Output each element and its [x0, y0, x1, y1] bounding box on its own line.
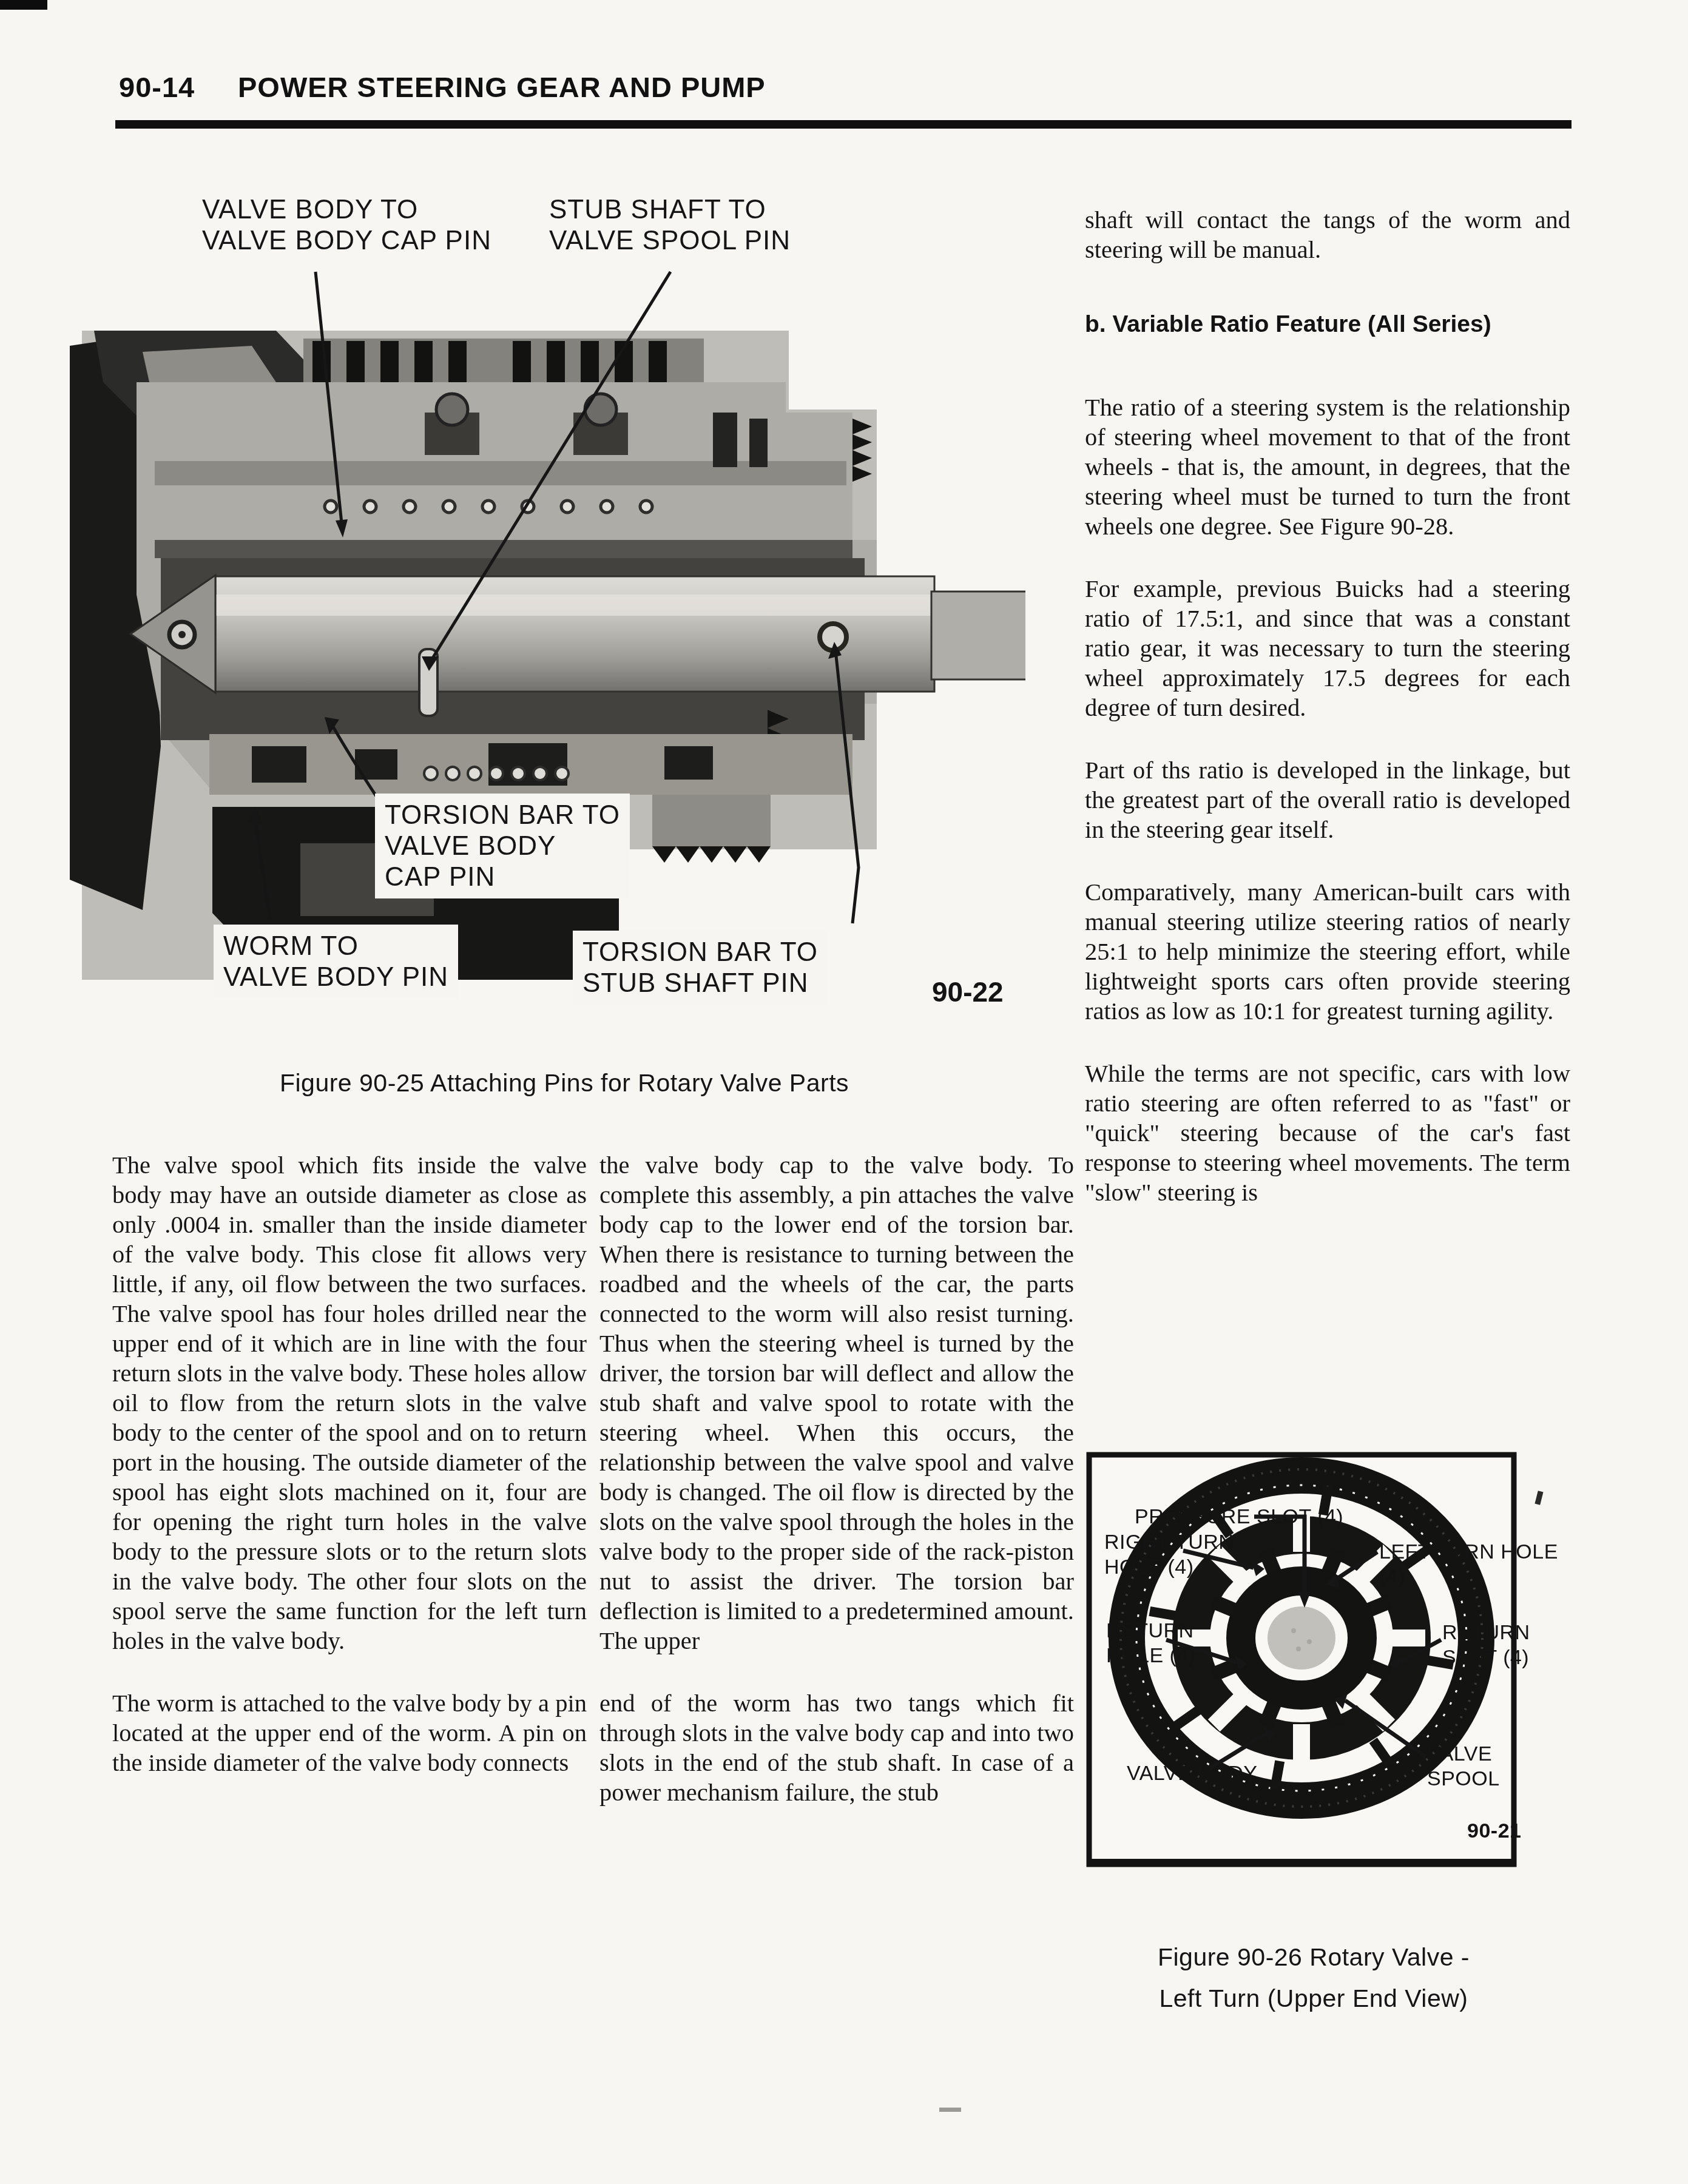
figure-90-26-rotary-valve: PRESSURE SLOT (4) RIGHT TURN HOLE (4) LE…: [1074, 1449, 1559, 1873]
caption-line-1: Figure 90-26 Rotary Valve -: [1074, 1936, 1553, 1978]
paragraph: The ratio of a steering system is the re…: [1085, 393, 1570, 541]
paragraph: the valve body cap to the valve body. To…: [599, 1150, 1074, 1656]
callout-valve-body-to-valve-body-cap-pin: VALVE BODY TO VALVE BODY CAP PIN: [202, 194, 491, 256]
section-heading-variable-ratio-feature: b. Variable Ratio Feature (All Series): [1085, 309, 1570, 339]
scan-artifact: [0, 0, 47, 10]
label-left-turn-hole: LEFT TURN HOLE (4): [1379, 1540, 1559, 1589]
label-return-slot: RETURN SLOT (4): [1442, 1620, 1530, 1670]
manual-page: 90-14 POWER STEERING GEAR AND PUMP: [0, 0, 1688, 2184]
steering-gear-cross-section-photo: [70, 200, 1025, 1025]
header-rule: [115, 120, 1572, 129]
paragraph: Comparatively, many American-built cars …: [1085, 877, 1570, 1026]
text-column-middle: the valve body cap to the valve body. To…: [599, 1150, 1074, 1840]
paragraph: The valve spool which fits inside the va…: [112, 1150, 587, 1656]
scan-artifact: [939, 2108, 961, 2112]
callout-torsion-bar-to-stub-shaft-pin: TORSION BAR TO STUB SHAFT PIN: [573, 931, 828, 1005]
label-right-turn-hole: RIGHT TURN HOLE (4): [1104, 1530, 1234, 1580]
paragraph: shaft will contact the tangs of the worm…: [1085, 205, 1570, 265]
figure-90-25-caption: Figure 90-25 Attaching Pins for Rotary V…: [91, 1069, 1038, 1097]
page-title: POWER STEERING GEAR AND PUMP: [238, 70, 766, 104]
paragraph: For example, previous Buicks had a steer…: [1085, 574, 1570, 723]
callout-torsion-bar-to-valve-body-cap-pin: TORSION BAR TO VALVE BODY CAP PIN: [375, 794, 630, 898]
label-return-hole: RETURN HOLE (4): [1106, 1619, 1196, 1668]
label-valve-spool: VALVE SPOOL: [1427, 1742, 1500, 1791]
label-valve-body: VALVE BODY: [1127, 1761, 1257, 1786]
paragraph: The worm is attached to the valve body b…: [112, 1688, 587, 1778]
text-column-left: The valve spool which fits inside the va…: [112, 1150, 587, 1810]
callout-worm-to-valve-body-pin: WORM TO VALVE BODY PIN: [214, 925, 458, 999]
photo-id-90-22: 90-22: [932, 976, 1004, 1008]
paragraph: While the terms are not specific, cars w…: [1085, 1059, 1570, 1207]
figure-90-26-caption: Figure 90-26 Rotary Valve - Left Turn (U…: [1074, 1936, 1553, 2019]
paragraph: end of the worm has two tangs which fit …: [599, 1688, 1074, 1807]
caption-line-2: Left Turn (Upper End View): [1074, 1978, 1553, 2019]
text-column-right: shaft will contact the tangs of the worm…: [1085, 205, 1570, 1240]
label-pressure-slot: PRESSURE SLOT (4): [1135, 1505, 1343, 1529]
photo-id-90-21: 90-21: [1467, 1819, 1521, 1844]
paragraph: Part of ths ratio is developed in the li…: [1085, 755, 1570, 844]
page-number: 90-14: [119, 70, 195, 104]
callout-stub-shaft-to-valve-spool-pin: STUB SHAFT TO VALVE SPOOL PIN: [549, 194, 791, 256]
